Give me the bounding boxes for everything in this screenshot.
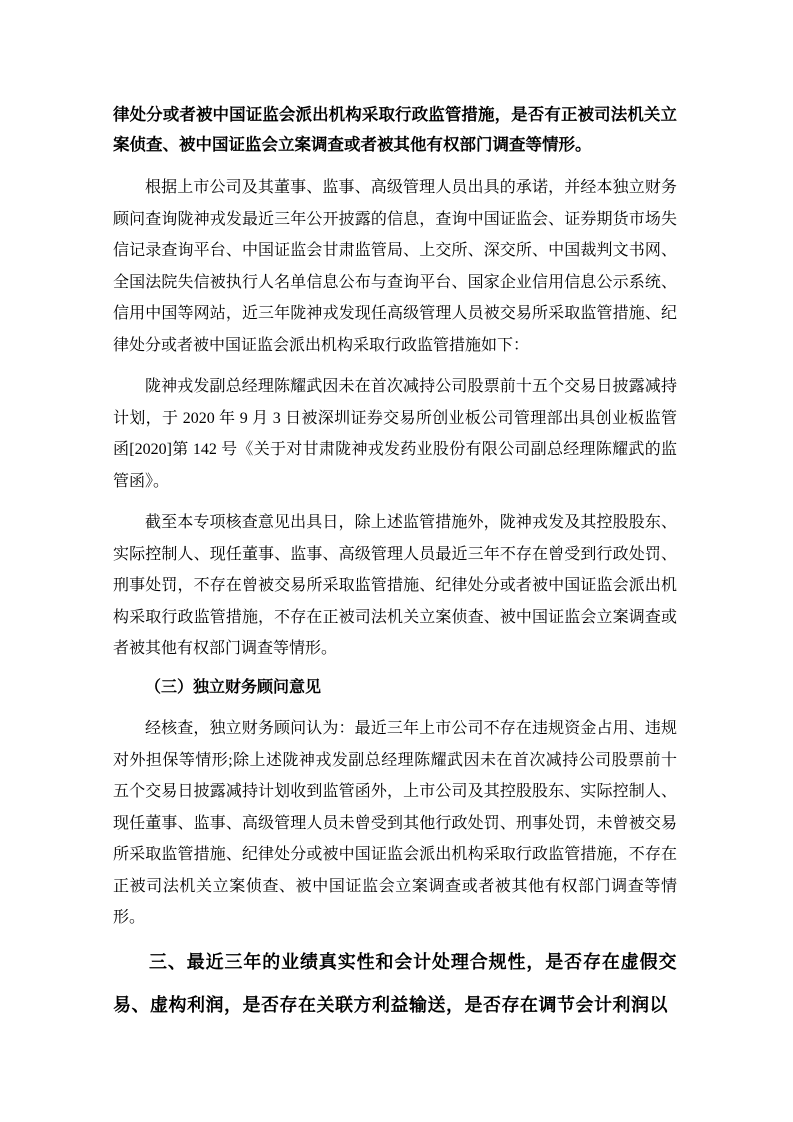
paragraph-supervision-letter: 陇神戎发副总经理陈耀武因未在首次减持公司股票前十五个交易日披露减持计划，于 20…	[113, 371, 677, 497]
subsection-heading-advisor-opinion: （三）独立财务顾问意见	[113, 672, 677, 704]
next-section-heading: 三、最近三年的业绩真实性和会计处理合规性，是否存在虚假交易、虚构利润，是否存在关…	[113, 941, 677, 1027]
document-page: 律处分或者被中国证监会派出机构采取行政监管措施，是否有正被司法机关立案侦查、被中…	[0, 0, 793, 1122]
section-heading-continuation: 律处分或者被中国证监会派出机构采取行政监管措施，是否有正被司法机关立案侦查、被中…	[113, 100, 677, 160]
paragraph-advisor-opinion: 经核查，独立财务顾问认为：最近三年上市公司不存在违规资金占用、违规对外担保等情形…	[113, 713, 677, 934]
paragraph-verification-basis: 根据上市公司及其董事、监事、高级管理人员出具的承诺，并经本独立财务顾问查询陇神戎…	[113, 172, 677, 361]
paragraph-no-other-violations: 截至本专项核查意见出具日，除上述监管措施外，陇神戎发及其控股股东、实际控制人、现…	[113, 507, 677, 665]
document-content: 律处分或者被中国证监会派出机构采取行政监管措施，是否有正被司法机关立案侦查、被中…	[113, 0, 677, 1027]
